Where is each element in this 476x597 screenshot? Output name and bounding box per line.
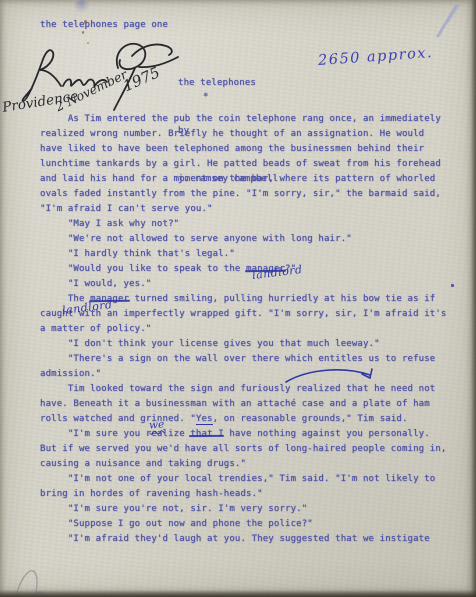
move-arrow-annotation	[280, 365, 384, 389]
correction-we: we	[149, 418, 165, 431]
page-edge-shadow-right	[471, 0, 476, 597]
manuscript-line: Tim looked toward the sign and furiously…	[40, 382, 460, 397]
manuscript-line: "I'm sure you're not, sir. I'm very sorr…	[40, 502, 460, 517]
manuscript-page: the telephones page one the telephones b…	[0, 0, 476, 597]
stray-ink-dot	[451, 284, 454, 287]
manuscript-line: "Suppose I go out now and phone the poli…	[40, 517, 460, 532]
manuscript-body: As Tim entered the pub the coin telephon…	[40, 112, 460, 547]
manuscript-line: "I'm sure you realize that I have nothin…	[40, 427, 460, 442]
story-title: the telephones	[178, 75, 278, 91]
manuscript-line: "May I ask why not?"	[40, 217, 460, 232]
word-count-annotation: 2650 approx.	[318, 45, 434, 69]
page-edge-shadow-bottom	[0, 590, 476, 597]
manuscript-line: "I'm not one of your local trendies," Ti…	[40, 472, 460, 487]
rust-speck	[87, 42, 89, 44]
manuscript-line: "I'm afraid I can't serve you."	[40, 202, 460, 217]
section-separator: *	[203, 92, 209, 102]
corner-pencil-mark	[428, 2, 462, 42]
manuscript-line: "We're not allowed to serve anyone with …	[40, 232, 460, 247]
manuscript-line: and laid his hand for a moment on the ba…	[40, 172, 460, 187]
manuscript-line: lunchtime tankards by a girl. He patted …	[40, 157, 460, 172]
manuscript-line: have liked to have been telephoned among…	[40, 142, 460, 157]
manuscript-line: "I'm afraid they'd laugh at you. They su…	[40, 532, 460, 547]
rust-speck	[82, 31, 84, 34]
manuscript-line: realized wrong number. Briefly he though…	[40, 127, 460, 142]
manuscript-line: bring in hordes of ravening hash-heads."	[40, 487, 460, 502]
ink-smudge	[73, 0, 90, 13]
manuscript-line: As Tim entered the pub the coin telephon…	[40, 112, 460, 127]
manuscript-line: admission."	[40, 367, 460, 382]
manuscript-line: causing a nuisance and taking drugs."	[40, 457, 460, 472]
manuscript-line: have. Beneath it a businessman with an a…	[40, 397, 460, 412]
manuscript-line: "Would you like to speak to the manager?…	[40, 262, 460, 277]
manuscript-line: ovals faded instantly from the pine. "I'…	[40, 187, 460, 202]
manuscript-line: "I would, yes."	[40, 277, 460, 292]
page-header: the telephones page one	[40, 20, 168, 30]
manuscript-line: a matter of policy."	[40, 322, 460, 337]
manuscript-line: "There's a sign on the wall over there w…	[40, 352, 460, 367]
manuscript-line: "I hardly think that's legal."	[40, 247, 460, 262]
rust-speck	[84, 20, 87, 24]
manuscript-line: But if we served you we'd have all sorts…	[40, 442, 460, 457]
manuscript-line: "I don't think your license gives you th…	[40, 337, 460, 352]
manuscript-line: rolls watched and grinned. "Yes, on reas…	[40, 412, 460, 427]
